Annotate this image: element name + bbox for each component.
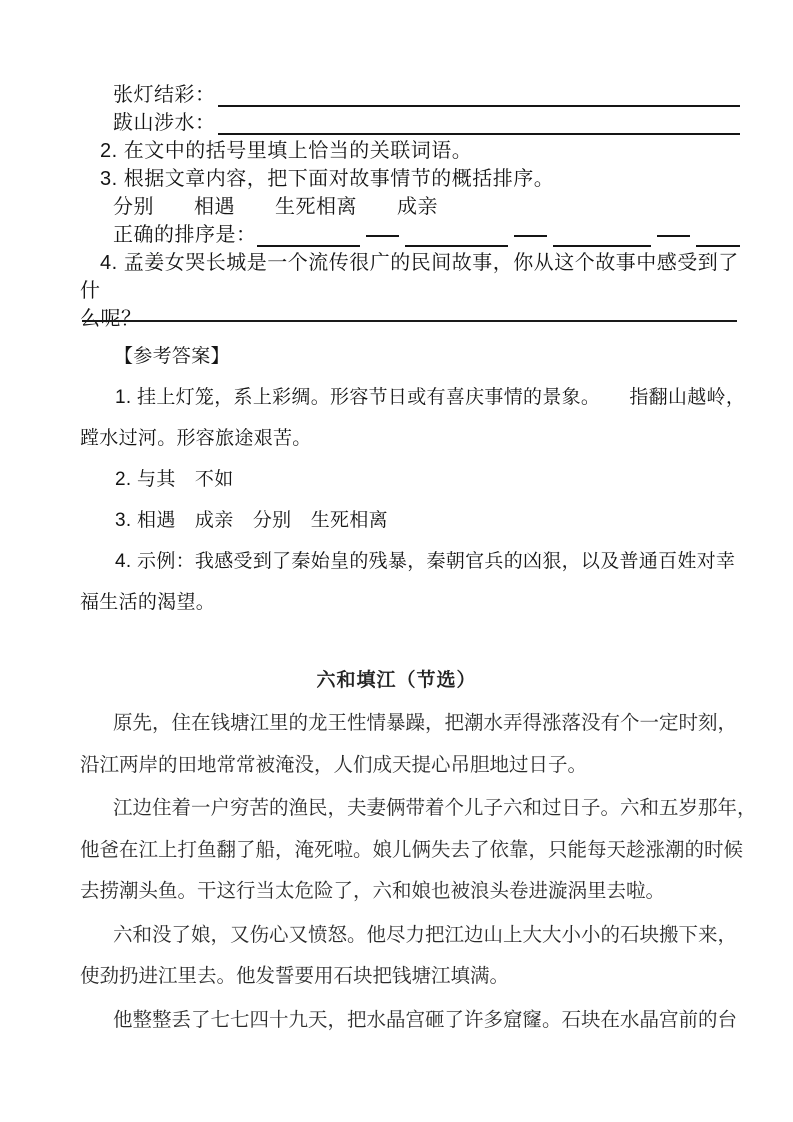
answer-blank-line[interactable] xyxy=(218,85,741,107)
passage-section: 原先，住在钱塘江里的龙王性情暴躁，把潮水弄得涨落没有个一定时刻， 沿江两岸的田地… xyxy=(80,702,768,1042)
worksheet-page: 张灯结彩： 跋山涉水： 2. 在文中的括号里填上恰当的关联词语。 3. 根据文章… xyxy=(0,0,793,1122)
option-fenbie: 分别 xyxy=(113,193,154,221)
passage-title: 六和填江（节选） xyxy=(0,664,793,698)
answer-item-4: 4. 示例：我感受到了秦始皇的残暴，秦朝官兵的凶狠，以及普通百姓对幸 福生活的渴… xyxy=(80,541,758,623)
sequence-dash xyxy=(657,235,690,237)
option-shengsixiangli: 生死相离 xyxy=(275,193,357,221)
question-2: 2. 在文中的括号里填上恰当的关联词语。 xyxy=(80,137,740,165)
sequence-dash xyxy=(366,235,399,237)
answer-item-3: 3. 相遇 成亲 分别 生死相离 xyxy=(80,500,758,541)
section-divider-line xyxy=(82,320,737,322)
passage-paragraph-2: 江边住着一户穷苦的渔民，夫妻俩带着个儿子六和过日子。六和五岁那年， 他爸在江上打… xyxy=(80,787,768,912)
word-label-bashansheshui: 跋山涉水： xyxy=(113,109,216,137)
passage-paragraph-3: 六和没了娘，又伤心又愤怒。他尽力把江边山上大大小小的石块搬下来， 使劲扔进江里去… xyxy=(80,914,768,997)
word-definition-row-1: 张灯结彩： xyxy=(80,81,740,109)
order-blank-4[interactable] xyxy=(696,227,741,247)
answer-item-2: 2. 与其 不如 xyxy=(80,459,758,500)
passage-paragraph-4: 他整整丢了七七四十九天，把水晶宫砸了许多窟窿。石块在水晶宫前的台 xyxy=(80,999,768,1041)
word-label-zhangdengjiecai: 张灯结彩： xyxy=(113,81,216,109)
option-chengqin: 成亲 xyxy=(397,193,438,221)
question-3: 3. 根据文章内容，把下面对故事情节的概括排序。 xyxy=(80,165,740,193)
option-xiangyu: 相遇 xyxy=(194,193,235,221)
order-blank-3[interactable] xyxy=(553,227,651,247)
answers-header: 【参考答案】 xyxy=(80,336,758,377)
answer-blank-line[interactable] xyxy=(218,113,741,135)
answer-item-1: 1. 挂上灯笼，系上彩绸。形容节日或有喜庆事情的景象。 指翻山越岭， 蹚水过河。… xyxy=(80,377,758,459)
question-3-options: 分别 相遇 生死相离 成亲 xyxy=(80,193,740,221)
questions-section: 张灯结彩： 跋山涉水： 2. 在文中的括号里填上恰当的关联词语。 3. 根据文章… xyxy=(80,81,740,333)
question-3-order-row: 正确的排序是： xyxy=(80,221,740,249)
order-blank-1[interactable] xyxy=(257,227,360,247)
order-label: 正确的排序是： xyxy=(113,221,257,249)
sequence-dash xyxy=(514,235,547,237)
passage-paragraph-1: 原先，住在钱塘江里的龙王性情暴躁，把潮水弄得涨落没有个一定时刻， 沿江两岸的田地… xyxy=(80,702,768,785)
word-definition-row-2: 跋山涉水： xyxy=(80,109,740,137)
order-blank-2[interactable] xyxy=(405,227,508,247)
reference-answers-section: 【参考答案】 1. 挂上灯笼，系上彩绸。形容节日或有喜庆事情的景象。 指翻山越岭… xyxy=(80,336,758,623)
